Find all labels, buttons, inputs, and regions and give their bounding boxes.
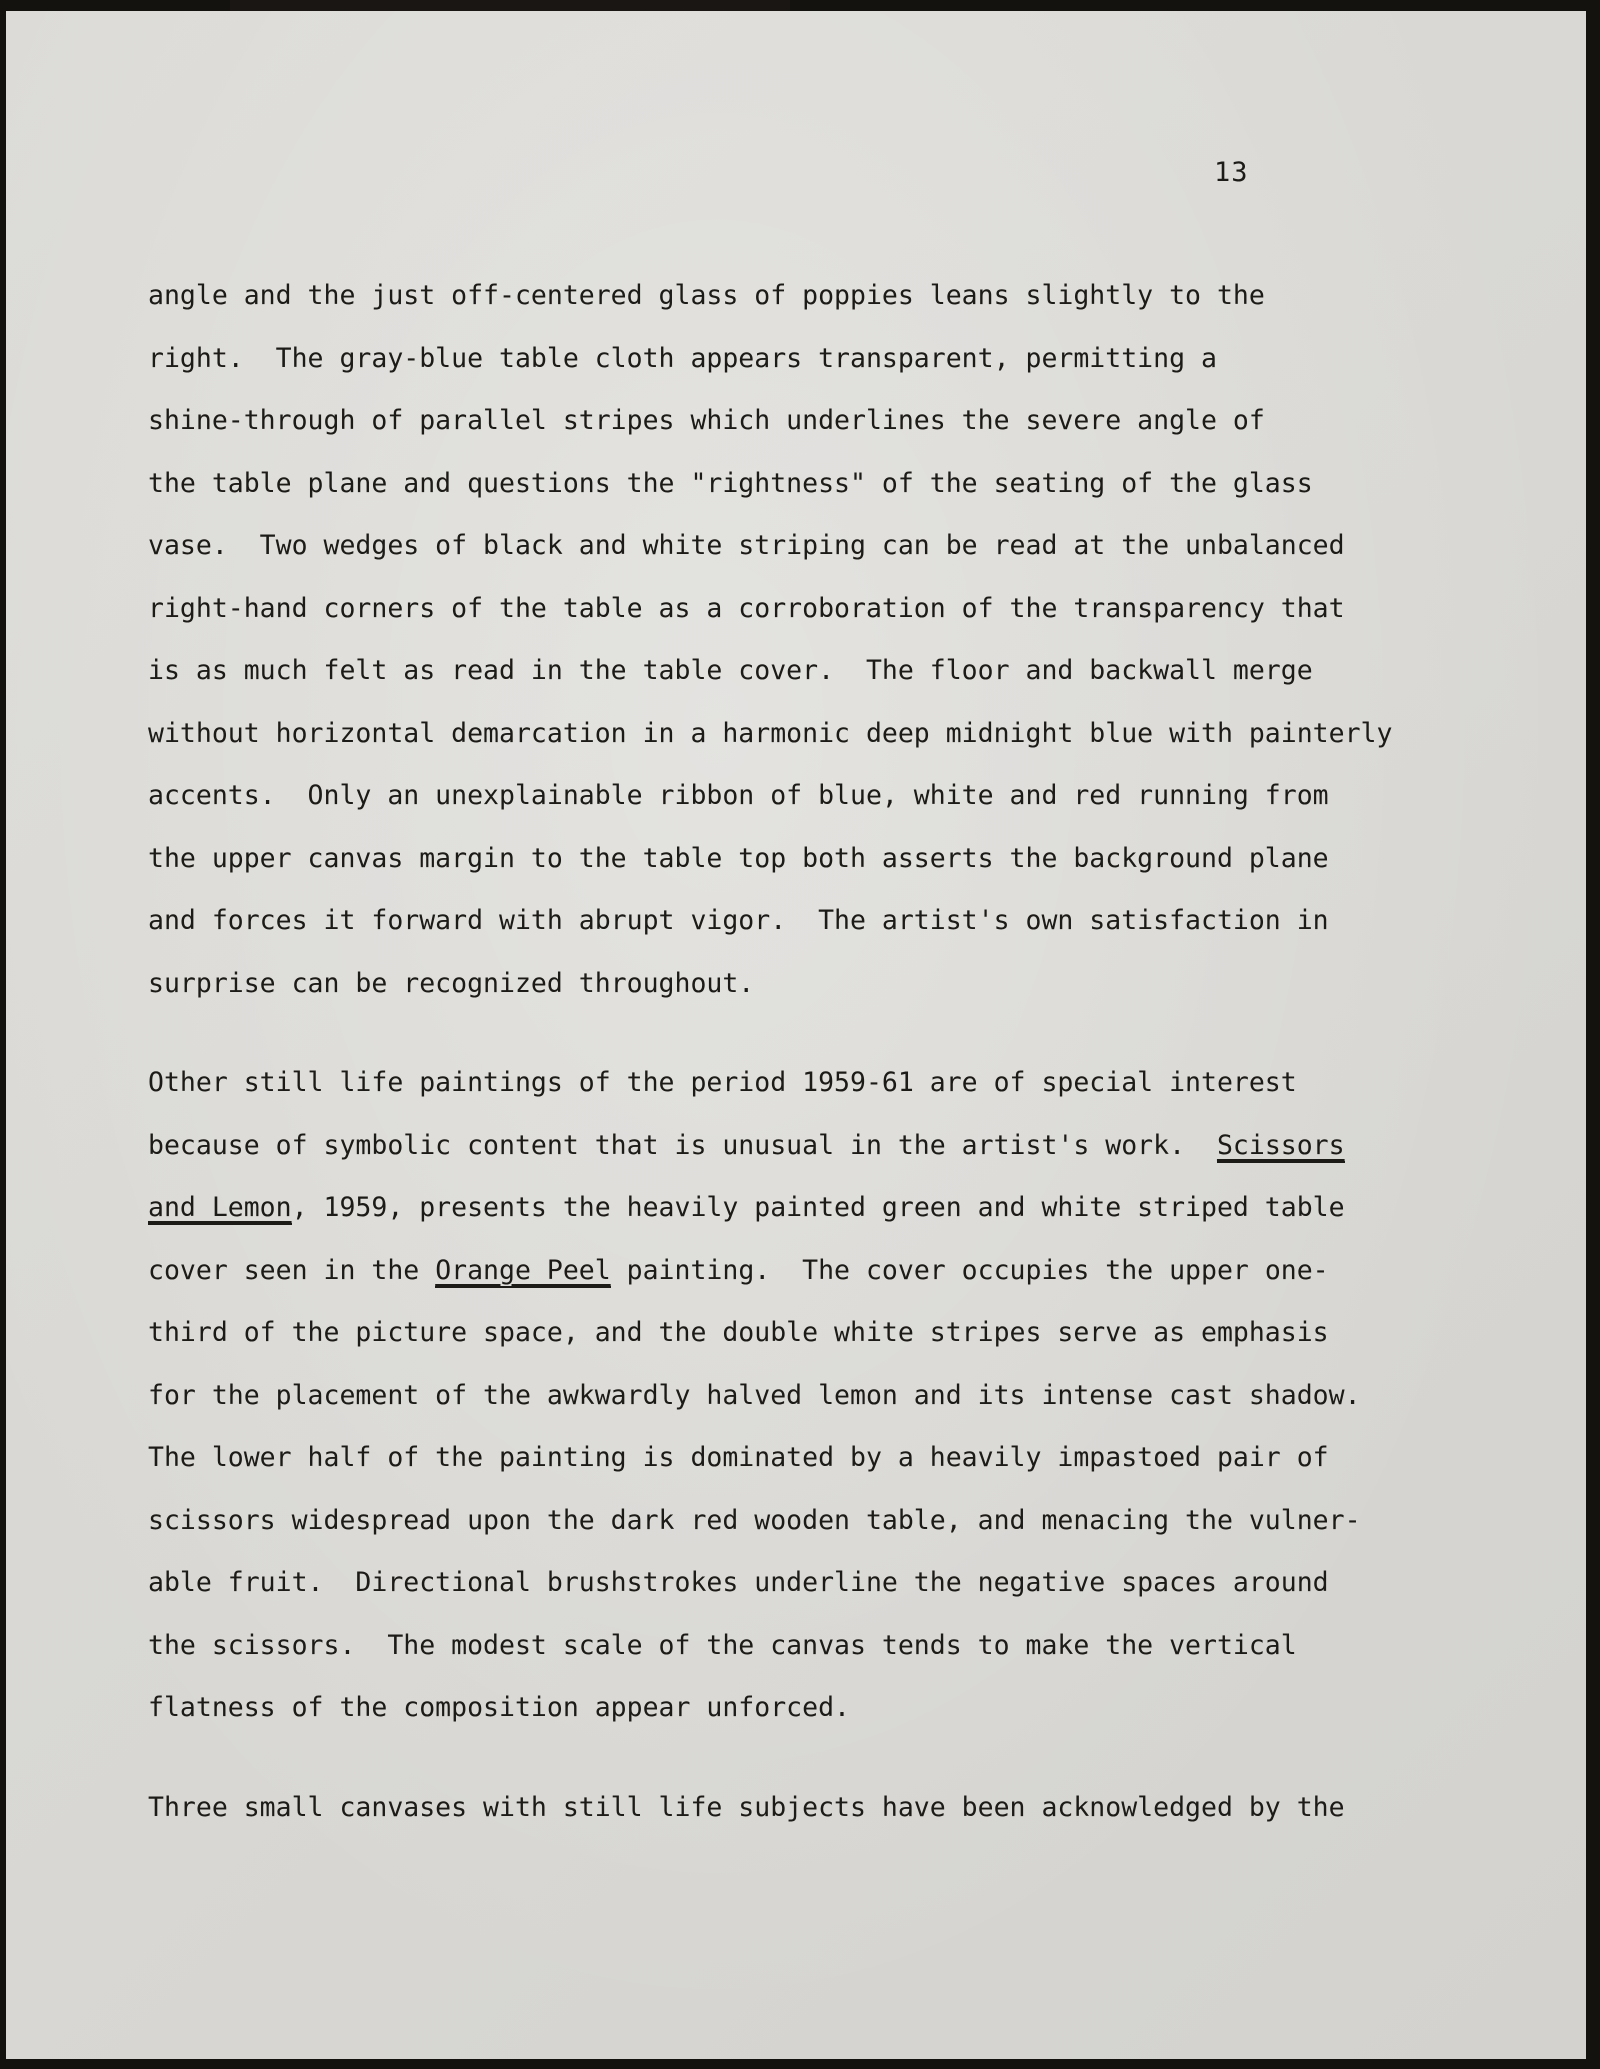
text-line: for the placement of the awkwardly halve… [148,1365,1478,1428]
text-segment: accents. Only an unexplainable ribbon of… [148,780,1329,811]
text-line: is as much felt as read in the table cov… [148,640,1478,703]
text-line: Other still life paintings of the period… [148,1052,1478,1115]
text-segment: shine-through of parallel stripes which … [148,405,1265,436]
text-segment: right. The gray-blue table cloth appears… [148,343,1217,374]
text-segment: angle and the just off-centered glass of… [148,280,1265,311]
text-line: without horizontal demarcation in a harm… [148,703,1478,766]
text-segment: third of the picture space, and the doub… [148,1317,1329,1348]
text-line: because of symbolic content that is unus… [148,1115,1478,1178]
text-line: third of the picture space, and the doub… [148,1302,1478,1365]
paragraph: Three small canvases with still life sub… [148,1777,1478,1840]
text-segment: , 1959, presents the heavily painted gre… [292,1192,1345,1223]
text-segment: The lower half of the painting is domina… [148,1442,1329,1473]
text-line: able fruit. Directional brushstrokes und… [148,1552,1478,1615]
text-segment: without horizontal demarcation in a harm… [148,718,1392,749]
text-segment: surprise can be recognized throughout. [148,968,754,999]
text-line: and Lemon, 1959, presents the heavily pa… [148,1177,1478,1240]
text-segment: is as much felt as read in the table cov… [148,655,1313,686]
underlined-title: Orange Peel [435,1255,611,1288]
text-line: the table plane and questions the "right… [148,453,1478,516]
text-line: scissors widespread upon the dark red wo… [148,1490,1478,1553]
text-segment: for the placement of the awkwardly halve… [148,1380,1361,1411]
text-segment: flatness of the composition appear unfor… [148,1692,850,1723]
text-line: flatness of the composition appear unfor… [148,1677,1478,1740]
text-line: right-hand corners of the table as a cor… [148,578,1478,641]
text-segment: cover seen in the [148,1255,435,1286]
text-segment: vase. Two wedges of black and white stri… [148,530,1345,561]
text-segment: the upper canvas margin to the table top… [148,843,1329,874]
page-number: 13 [1214,157,1249,188]
paragraph: angle and the just off-centered glass of… [148,265,1478,1015]
text-line: The lower half of the painting is domina… [148,1427,1478,1490]
text-line: cover seen in the Orange Peel painting. … [148,1240,1478,1303]
text-line: Three small canvases with still life sub… [148,1777,1478,1840]
underlined-title: and Lemon [148,1192,292,1225]
text-line: angle and the just off-centered glass of… [148,265,1478,328]
scanned-page-frame: 13 angle and the just off-centered glass… [0,0,1600,2069]
text-segment: scissors widespread upon the dark red wo… [148,1505,1361,1536]
text-line: right. The gray-blue table cloth appears… [148,328,1478,391]
text-segment: right-hand corners of the table as a cor… [148,593,1345,624]
text-segment: the scissors. The modest scale of the ca… [148,1630,1297,1661]
text-segment: and forces it forward with abrupt vigor.… [148,905,1329,936]
text-line: vase. Two wedges of black and white stri… [148,515,1478,578]
text-line: accents. Only an unexplainable ribbon of… [148,765,1478,828]
text-segment: Three small canvases with still life sub… [148,1792,1345,1823]
paragraph: Other still life paintings of the period… [148,1052,1478,1740]
text-segment: painting. The cover occupies the upper o… [611,1255,1329,1286]
text-line: the scissors. The modest scale of the ca… [148,1615,1478,1678]
text-line: surprise can be recognized throughout. [148,953,1478,1016]
text-segment: able fruit. Directional brushstrokes und… [148,1567,1329,1598]
text-line: shine-through of parallel stripes which … [148,390,1478,453]
document-page: 13 angle and the just off-centered glass… [6,11,1586,2059]
text-segment: the table plane and questions the "right… [148,468,1313,499]
text-segment: because of symbolic content that is unus… [148,1130,1217,1161]
underlined-title: Scissors [1217,1130,1345,1163]
document-body: angle and the just off-centered glass of… [148,265,1478,1839]
text-segment: Other still life paintings of the period… [148,1067,1297,1098]
text-line: and forces it forward with abrupt vigor.… [148,890,1478,953]
text-line: the upper canvas margin to the table top… [148,828,1478,891]
